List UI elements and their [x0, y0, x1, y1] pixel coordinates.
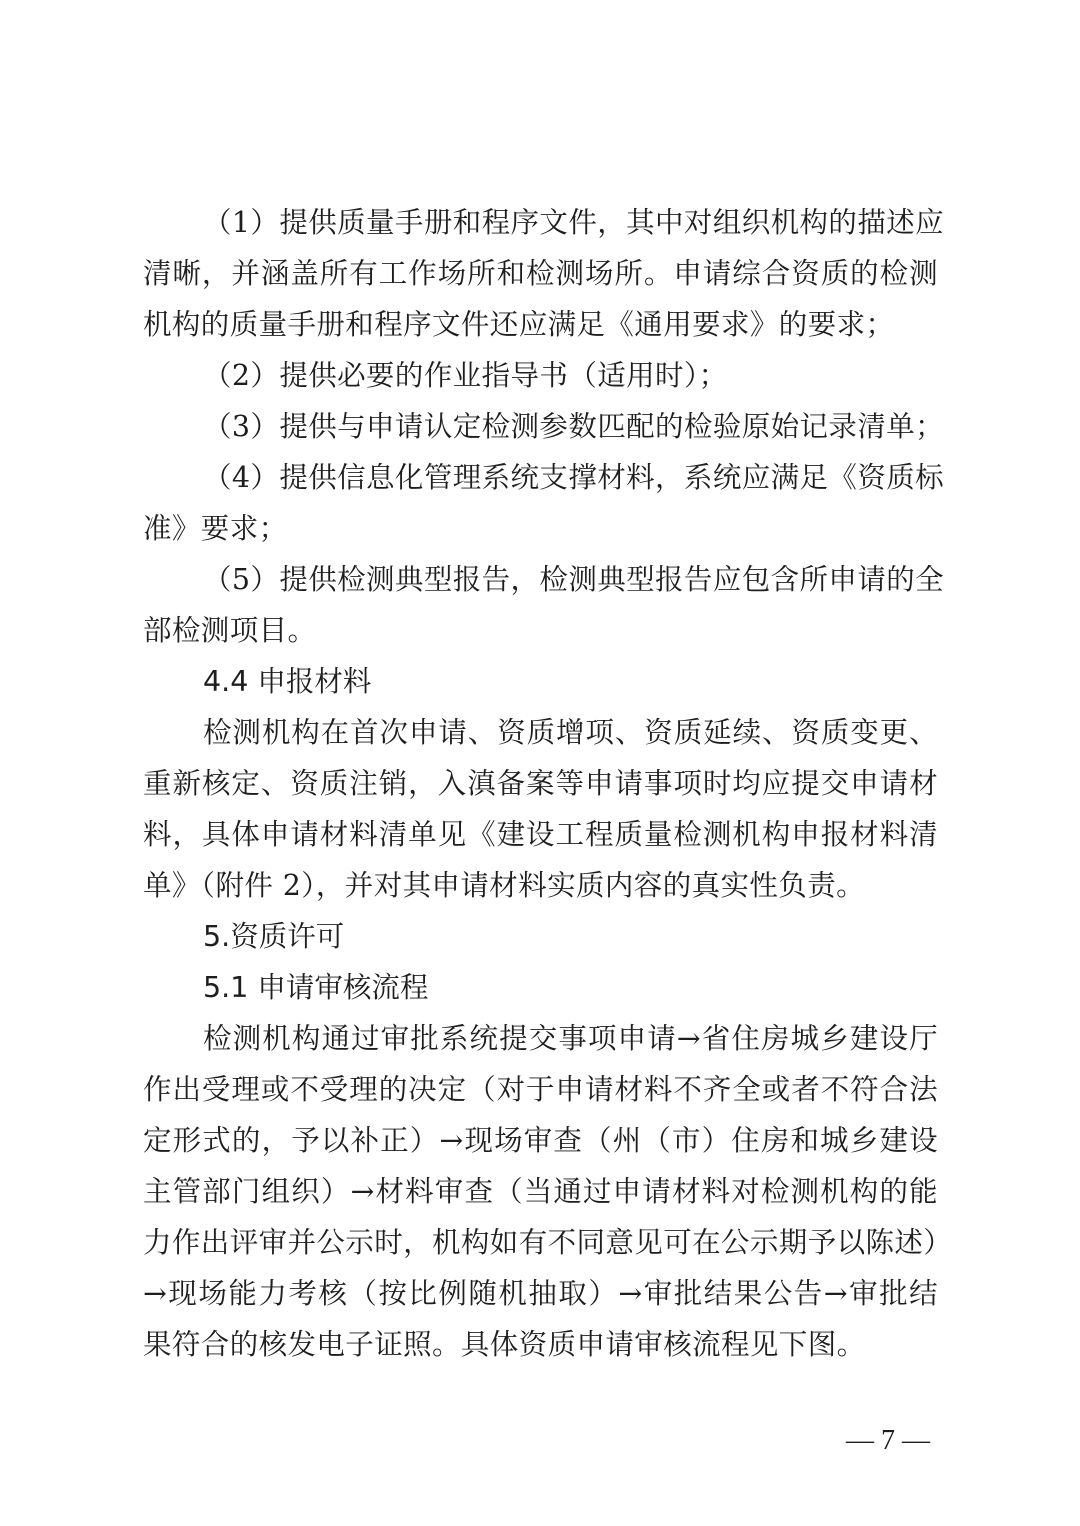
section-5-heading: 5.资质许可: [203, 919, 938, 955]
item-5-line-2: 部检测项目。: [143, 613, 938, 649]
section-4-4-line-4: 单》（附件 2），并对其申请材料实质内容的真实性负责。: [143, 868, 938, 904]
section-5-1-line-7: 果符合的核发电子证照。具体资质申请审核流程见下图。: [143, 1327, 938, 1363]
item-5-line-1: （5）提供检测典型报告，检测典型报告应包含所申请的全: [203, 562, 938, 598]
item-1-line-3: 机构的质量手册和程序文件还应满足《通用要求》的要求；: [143, 307, 938, 343]
item-1-line-2: 清晰，并涵盖所有工作场所和检测场所。申请综合资质的检测: [143, 256, 938, 292]
item-4-line-1: （4）提供信息化管理系统支撑材料，系统应满足《资质标: [203, 460, 938, 496]
section-5-1-line-5: 力作出评审并公示时，机构如有不同意见可在公示期予以陈述）: [143, 1225, 938, 1261]
page-number: — 7 —: [838, 1424, 938, 1458]
section-4-4-line-1: 检测机构在首次申请、资质增项、资质延续、资质变更、: [203, 715, 938, 751]
item-3-line-1: （3）提供与申请认定检测参数匹配的检验原始记录清单；: [203, 409, 938, 445]
section-5-1-line-4: 主管部门组织）→材料审查（当通过申请材料对检测机构的能: [143, 1174, 938, 1210]
document-page: （1）提供质量手册和程序文件，其中对组织机构的描述应 清晰，并涵盖所有工作场所和…: [0, 0, 1080, 1526]
item-4-line-2: 准》要求；: [143, 511, 938, 547]
section-4-4-line-2: 重新核定、资质注销，入滇备案等申请事项时均应提交申请材: [143, 766, 938, 802]
item-2-line-1: （2）提供必要的作业指导书（适用时）；: [203, 358, 938, 394]
section-5-1-line-3: 定形式的，予以补正）→现场审查（州（市）住房和城乡建设: [143, 1123, 938, 1159]
section-5-1-line-6: →现场能力考核（按比例随机抽取）→审批结果公告→审批结: [143, 1276, 938, 1312]
item-1-line-1: （1）提供质量手册和程序文件，其中对组织机构的描述应: [203, 205, 938, 241]
section-4-4-line-3: 料，具体申请材料清单见《建设工程质量检测机构申报材料清: [143, 817, 938, 853]
section-5-1-heading: 5.1 申请审核流程: [203, 970, 938, 1006]
section-4-4-heading: 4.4 申报材料: [203, 664, 938, 700]
section-5-1-line-1: 检测机构通过审批系统提交事项申请→省住房城乡建设厅: [203, 1021, 938, 1057]
section-5-1-line-2: 作出受理或不受理的决定（对于申请材料不齐全或者不符合法: [143, 1072, 938, 1108]
